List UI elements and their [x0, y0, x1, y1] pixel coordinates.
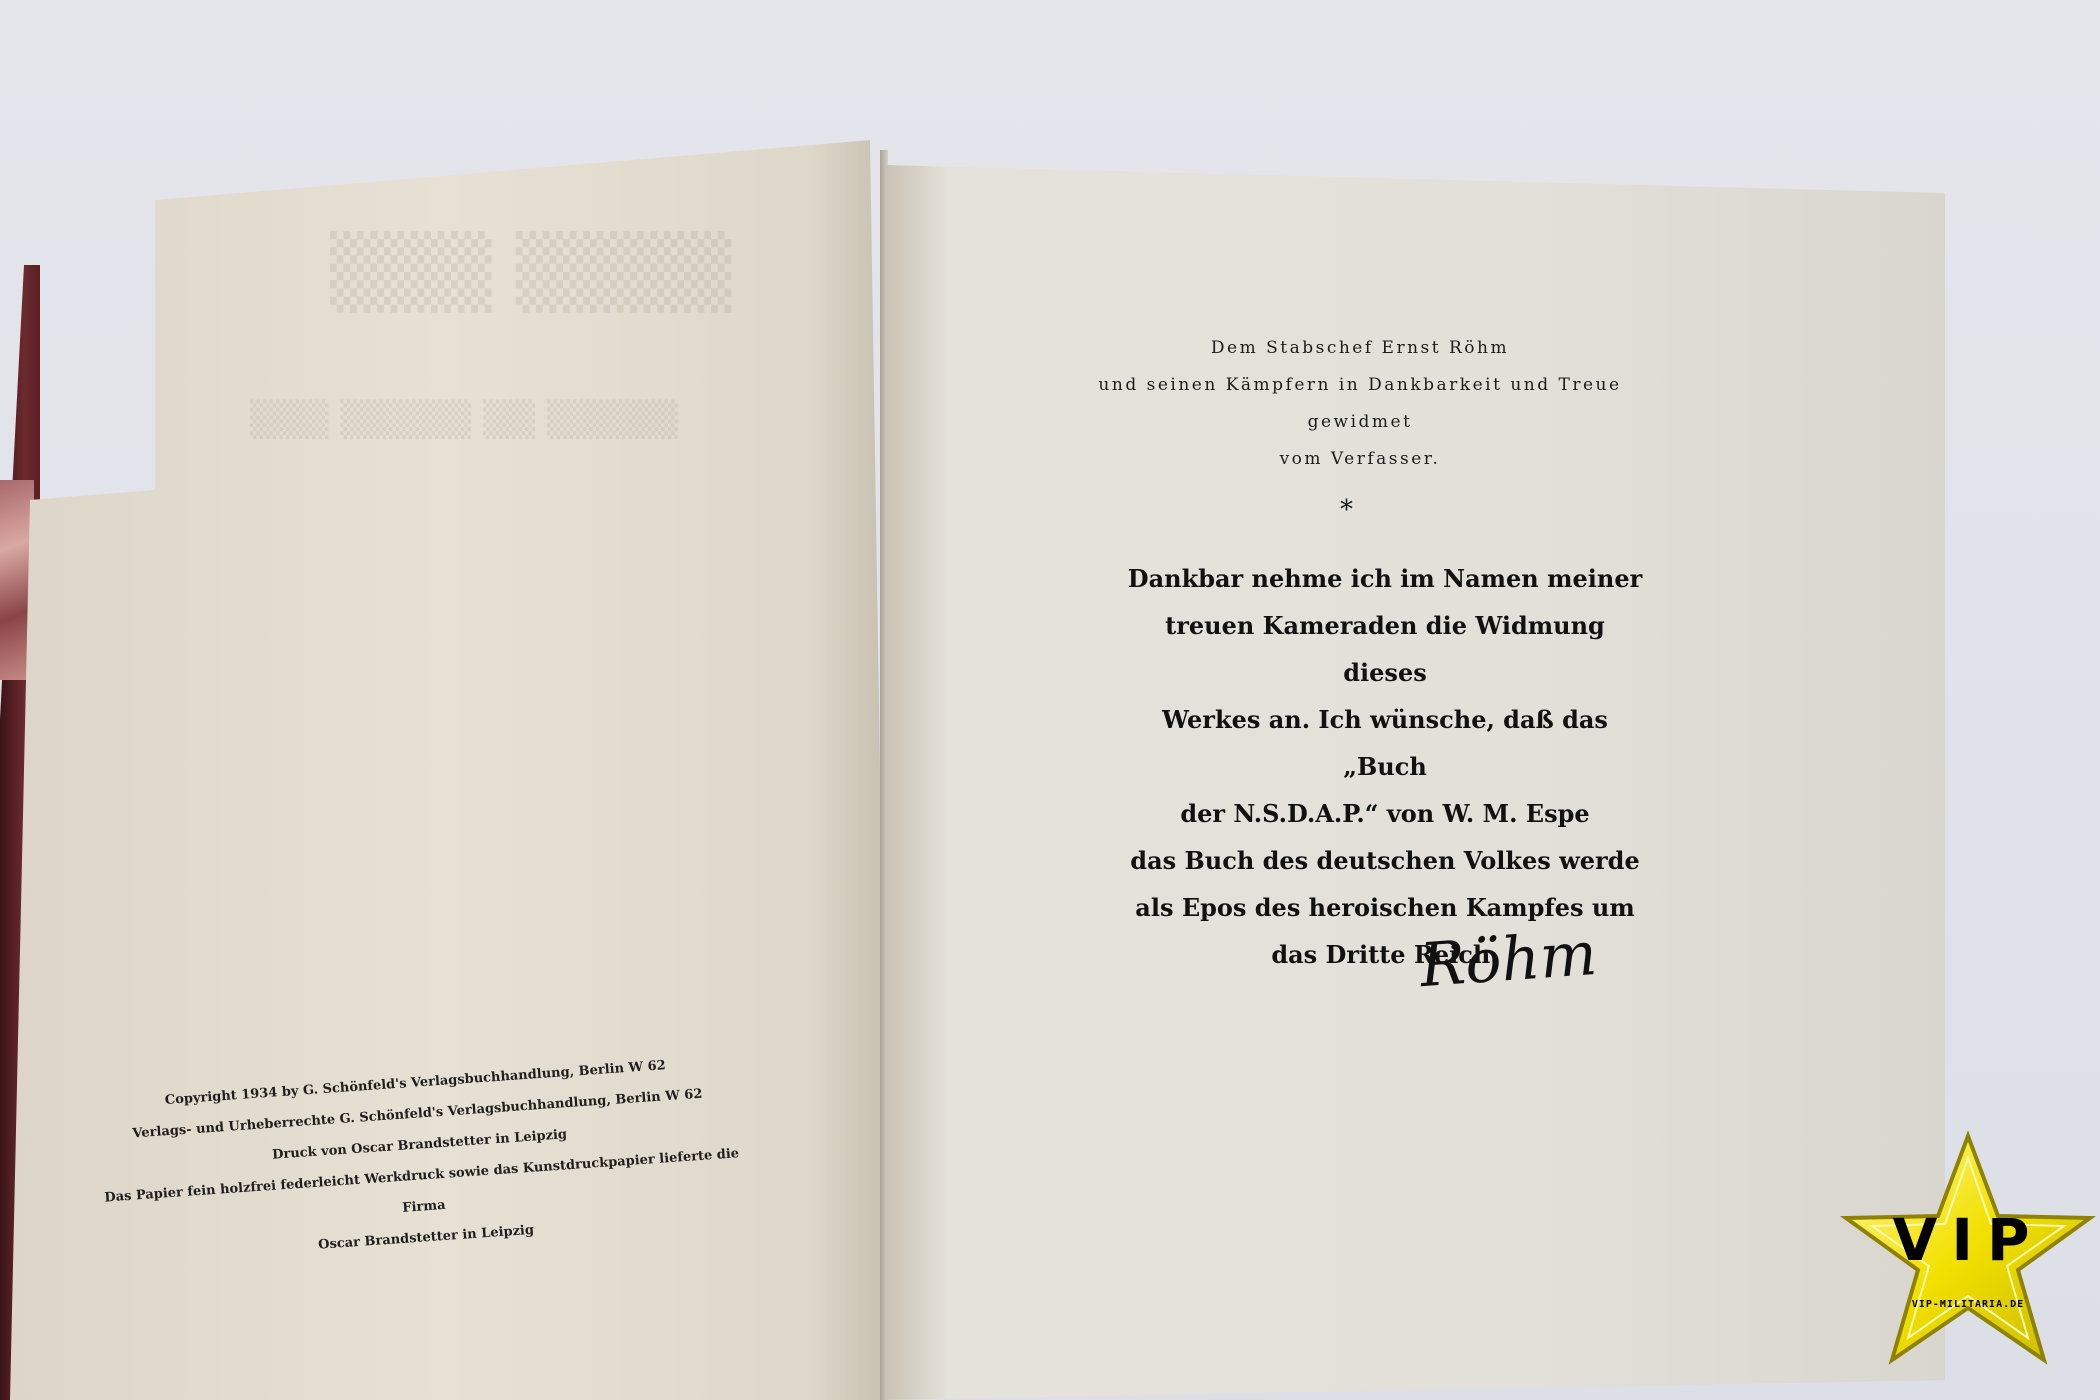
handwritten-signature: Röhm [1418, 919, 1599, 1001]
asterisk-separator: * [1340, 495, 1353, 525]
quote-line: Werkes an. Ich wünsche, daß das „Buch [1120, 696, 1650, 790]
watermark-badge: VIP VIP-MILITARIA.DE [1838, 1128, 2098, 1368]
acceptance-quote: Dankbar nehme ich im Namen meiner treuen… [1120, 555, 1650, 978]
watermark-text: VIP [1838, 1206, 2098, 1274]
quote-line: Dankbar nehme ich im Namen meiner [1120, 555, 1650, 602]
watermark-url: VIP-MILITARIA.DE [1838, 1299, 2098, 1310]
dedication-block: Dem Stabschef Ernst Röhm und seinen Kämp… [1010, 330, 1710, 478]
dedication-line: Dem Stabschef Ernst Röhm [1010, 330, 1710, 367]
quote-line: treuen Kameraden die Widmung dieses [1120, 602, 1650, 696]
quote-line: das Buch des deutschen Volkes werde [1120, 837, 1650, 884]
dedication-line: vom Verfasser. [1010, 441, 1710, 478]
dedication-line: gewidmet [1010, 404, 1710, 441]
show-through-text: ▒▒▒ ▒▒▒▒▒ ▒▒ ▒▒▒▒▒ [250, 400, 678, 440]
show-through-text: ▒▒▒ ▒▒▒▒ [330, 230, 731, 313]
quote-line: der N.S.D.A.P.“ von W. M. Espe [1120, 790, 1650, 837]
dedication-line: und seinen Kämpfern in Dankbarkeit und T… [1010, 367, 1710, 404]
